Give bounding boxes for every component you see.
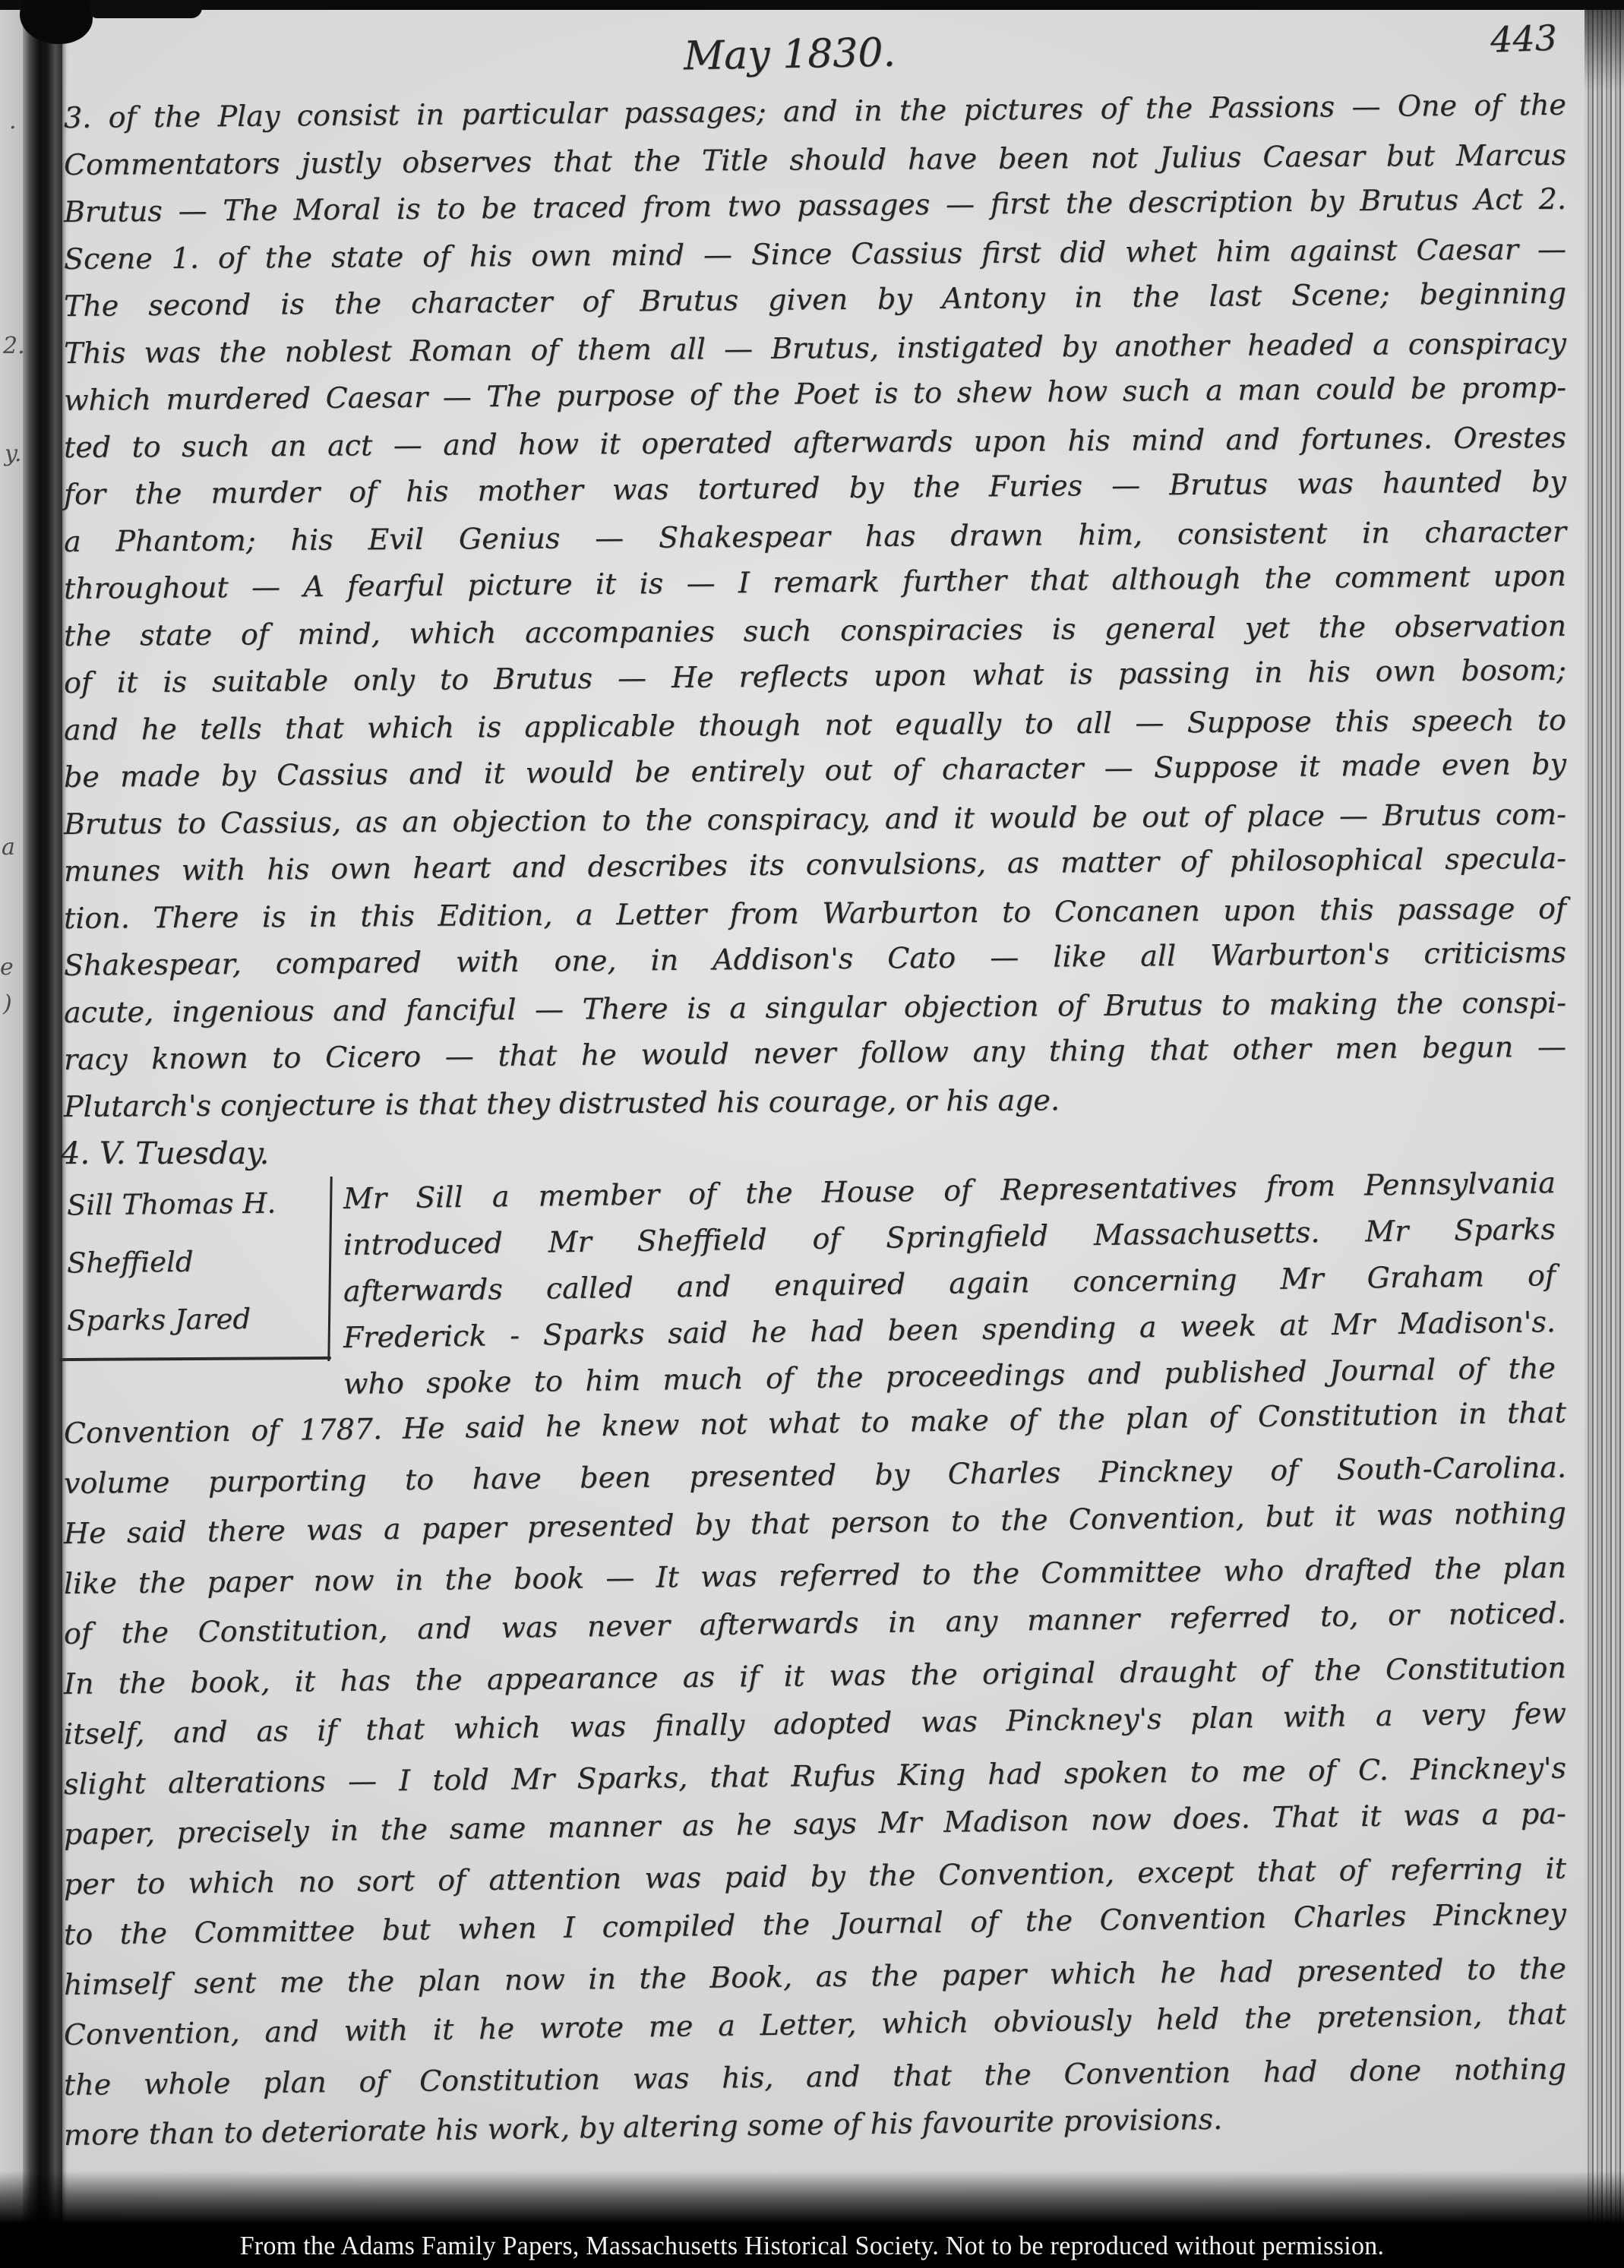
manuscript-line: Plutarch's conjecture is that they distr…	[64, 1073, 1566, 1130]
entry-may4-indented-text: Mr Sill a member of the House of Represe…	[343, 1176, 1556, 1407]
book-gutter-shadow	[23, 0, 62, 2268]
scan-top-edge	[0, 0, 1624, 10]
margin-name: Sparks Jared	[67, 1290, 276, 1350]
margin-visitor-names: Sill Thomas H. Sheffield Sparks Jared	[67, 1176, 276, 1349]
scan-bottom-shadow	[0, 2171, 1624, 2229]
page-edges-shadow	[1585, 0, 1624, 91]
entry-may4-text: Convention of 1787. He said he knew not …	[64, 1408, 1566, 2160]
margin-name: Sheffield	[67, 1233, 276, 1293]
facing-page-mark: e	[0, 954, 14, 981]
page-edges	[1585, 0, 1624, 2268]
page-heading-date: May 1830.	[683, 30, 896, 80]
facing-page-mark: .	[9, 108, 17, 134]
page-number: 443	[1490, 17, 1558, 60]
manuscript-scan: . 2. y. a e ) May 1830. 443 3. of the Pl…	[0, 0, 1624, 2268]
facing-page-mark: 2.	[3, 333, 25, 359]
attribution-text: From the Adams Family Papers, Massachuse…	[24, 2225, 1600, 2266]
facing-page-mark: a	[2, 834, 15, 861]
attribution-bar: From the Adams Family Papers, Massachuse…	[0, 2225, 1624, 2268]
margin-name: Sill Thomas H.	[67, 1175, 276, 1235]
facing-page-mark: y.	[5, 441, 22, 467]
entry-may3-text: 3. of the Play consist in particular pas…	[64, 94, 1566, 1130]
entry-may4-date: 4. V. Tuesday.	[61, 1136, 269, 1171]
facing-page-strip: . 2. y. a e )	[0, 0, 26, 2268]
facing-page-mark: )	[3, 990, 12, 1017]
binding-shadow-blob	[90, 0, 202, 18]
